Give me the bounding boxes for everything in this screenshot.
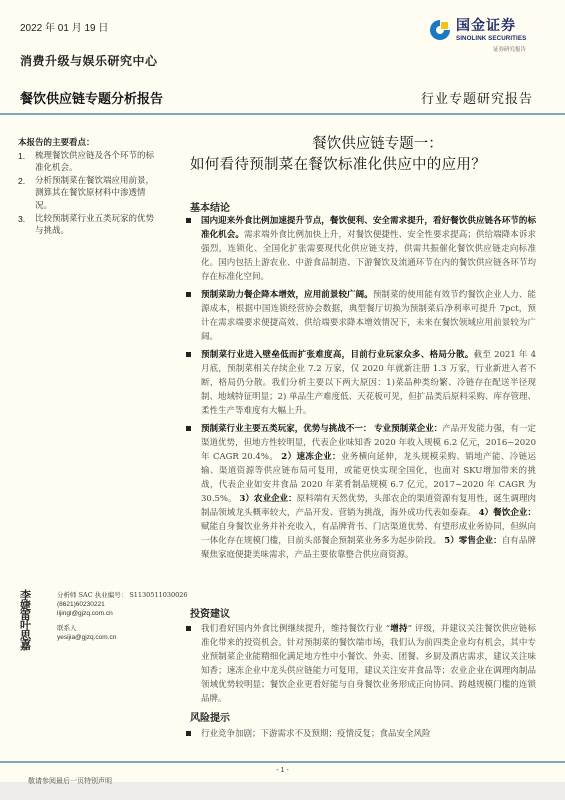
author-name: 李婕雷 [20,591,32,621]
key-point-number: 3. [18,213,25,226]
logo-subtitle: 证券研究报告 [493,45,526,53]
bullet-square-icon [186,292,191,297]
main-title-line1: 餐饮供应链专题一： [312,136,443,152]
conclusion-bullet: 预制菜行业进入壁垒低而扩张难度高，目前行业玩家众多、格局分散。截至 2021 年… [186,348,536,418]
main-title-line2: 如何看待预制菜在餐饮标准化供应中的应用？ [190,155,565,176]
player-type-5: 5）零售企业： [444,536,502,546]
conclusion-bullet: 国内迎来外食比例加速提升节点，餐饮便利、安全需求提升，看好餐饮供应链各环节的标准… [186,214,536,284]
report-date: 2022 年 01 月 19 日 [20,19,108,34]
bullet-square-icon [186,731,191,736]
investment-bullet: 我们看好国内外食比例继续提升，维持餐饮行业 “增持” 评级，并建议关注餐饮供应链… [186,622,536,706]
author-name: 叶思嘉 [20,621,32,651]
key-point-number: 1. [18,150,25,163]
key-point-item: 1.梳理餐饮供应链及各个环节的标准化机会。 [18,150,158,175]
key-point-text: 梳理餐饮供应链及各个环节的标准化机会。 [35,151,154,174]
key-points-title: 本报告的主要看点： [18,137,158,150]
conclusion-bullet: 预制菜助力餐企降本增效，应用前景较广阔。预制菜的使用能有效节约餐饮企业人力、能源… [186,288,536,344]
risk-bullets: 行业竞争加剧；下游需求不及预期；疫情反复；食品安全风险 [186,727,536,745]
conclusion-bullet: 预制菜行业主要五类玩家，优势与挑战不一： 专业预制菜企业：产品开发能力强，有一定… [186,422,536,562]
player-type-3: 3）农业企业： [239,494,296,504]
investment-bullets: 我们看好国内外食比例继续提升，维持餐饮行业 “增持” 评级，并建议关注餐饮供应链… [186,622,536,710]
bullet-text: 需求端外食比例加快上升，对餐饮便捷性、安全性要求提高；供给端降本诉求强烈，连锁化… [201,230,536,282]
main-title: 餐饮供应链专题一： 如何看待预制菜在餐饮标准化供应中的应用？ [190,134,565,176]
key-point-number: 2. [18,175,25,188]
section-heading-investment: 投资建议 [190,605,230,620]
key-points-list: 1.梳理餐饮供应链及各个环节的标准化机会。 2.分析预制菜在餐饮端应用前景，测算… [18,150,158,238]
bullet-lead: 预制菜行业主要五类玩家，优势与挑战不一： [201,424,371,434]
player-type-2: 2）速冻企业： [281,452,341,462]
author-phone: (8621)60230221 [57,600,207,609]
bullet-square-icon [186,218,191,223]
logo-chinese-name: 国金证券 [456,15,516,35]
author-role: 分析师 SAC 执业编号： S1130511030026 [57,591,207,600]
sinolink-logo-icon [428,18,452,42]
rating-label: 增持 [390,624,408,634]
player-type-4: 4）餐饮企业： [479,508,536,518]
bullet-square-icon [186,352,191,357]
bullet-text: 行业竞争加剧；下游需求不及预期；疫情反复；食品安全风险 [201,729,431,739]
bullet-lead: 预制菜助力餐企降本增效，应用前景较广阔。 [201,290,373,300]
logo-english-name: SINOLINK SECURITIES [456,35,526,42]
key-point-text: 分析预制菜在餐饮端应用前景，测算其在餐饮原材料中渗透情况。 [35,176,154,211]
author-info: 联系人 yesijia@gjzq.com.cn [57,624,207,642]
report-type-label: 行业专题研究报告 [421,88,533,107]
sidebar-key-points: 本报告的主要看点： 1.梳理餐饮供应链及各个环节的标准化机会。 2.分析预制菜在… [18,137,158,238]
author-info: 分析师 SAC 执业编号： S1130511030026 (8621)60230… [57,591,207,618]
author-email[interactable]: yesijia@gjzq.com.cn [57,633,207,642]
report-series-title: 餐饮供应链专题分析报告 [20,88,163,107]
section-heading-conclusion: 基本结论 [190,199,230,214]
bullet-text-pre: 我们看好国内外食比例继续提升，维持餐饮行业 “ [201,624,390,634]
key-point-item: 2.分析预制菜在餐饮端应用前景，测算其在餐饮原材料中渗透情况。 [18,175,158,213]
conclusion-bullets: 国内迎来外食比例加速提升节点，餐饮便利、安全需求提升，看好餐饮供应链各环节的标准… [186,214,536,566]
key-point-item: 3.比较预制菜行业五类玩家的优势与挑战。 [18,213,158,238]
research-center-name: 消费升级与娱乐研究中心 [20,52,158,69]
key-point-text: 比较预制菜行业五类玩家的优势与挑战。 [35,214,154,237]
disclaimer-note: 敬请参阅最后一页特别声明 [28,776,112,786]
bullet-text: ” 评级，并建议关注餐饮供应链标准化带来的投资机会。针对预制菜的餐饮端市场，我们… [201,624,536,704]
section-heading-risks: 风险提示 [190,709,230,724]
author-email[interactable]: lijingl@gjzq.com.cn [57,609,207,618]
footer-divider [0,761,565,763]
page-number: - 1 - [0,767,565,774]
author-role: 联系人 [57,624,207,633]
player-type-1: 专业预制菜企业： [374,424,442,434]
report-page: 2022 年 01 月 19 日 消费升级与娱乐研究中心 餐饮供应链专题分析报告… [0,0,565,782]
bullet-square-icon [186,426,191,431]
bullet-square-icon [186,626,191,631]
risk-bullet: 行业竞争加剧；下游需求不及预期；疫情反复；食品安全风险 [186,727,536,741]
company-logo: 国金证券 SINOLINK SECURITIES 证券研究报告 [428,14,548,54]
header-divider [0,113,565,115]
bullet-lead: 预制菜行业进入壁垒低而扩张难度高，目前行业玩家众多、格局分散。 [201,350,474,360]
